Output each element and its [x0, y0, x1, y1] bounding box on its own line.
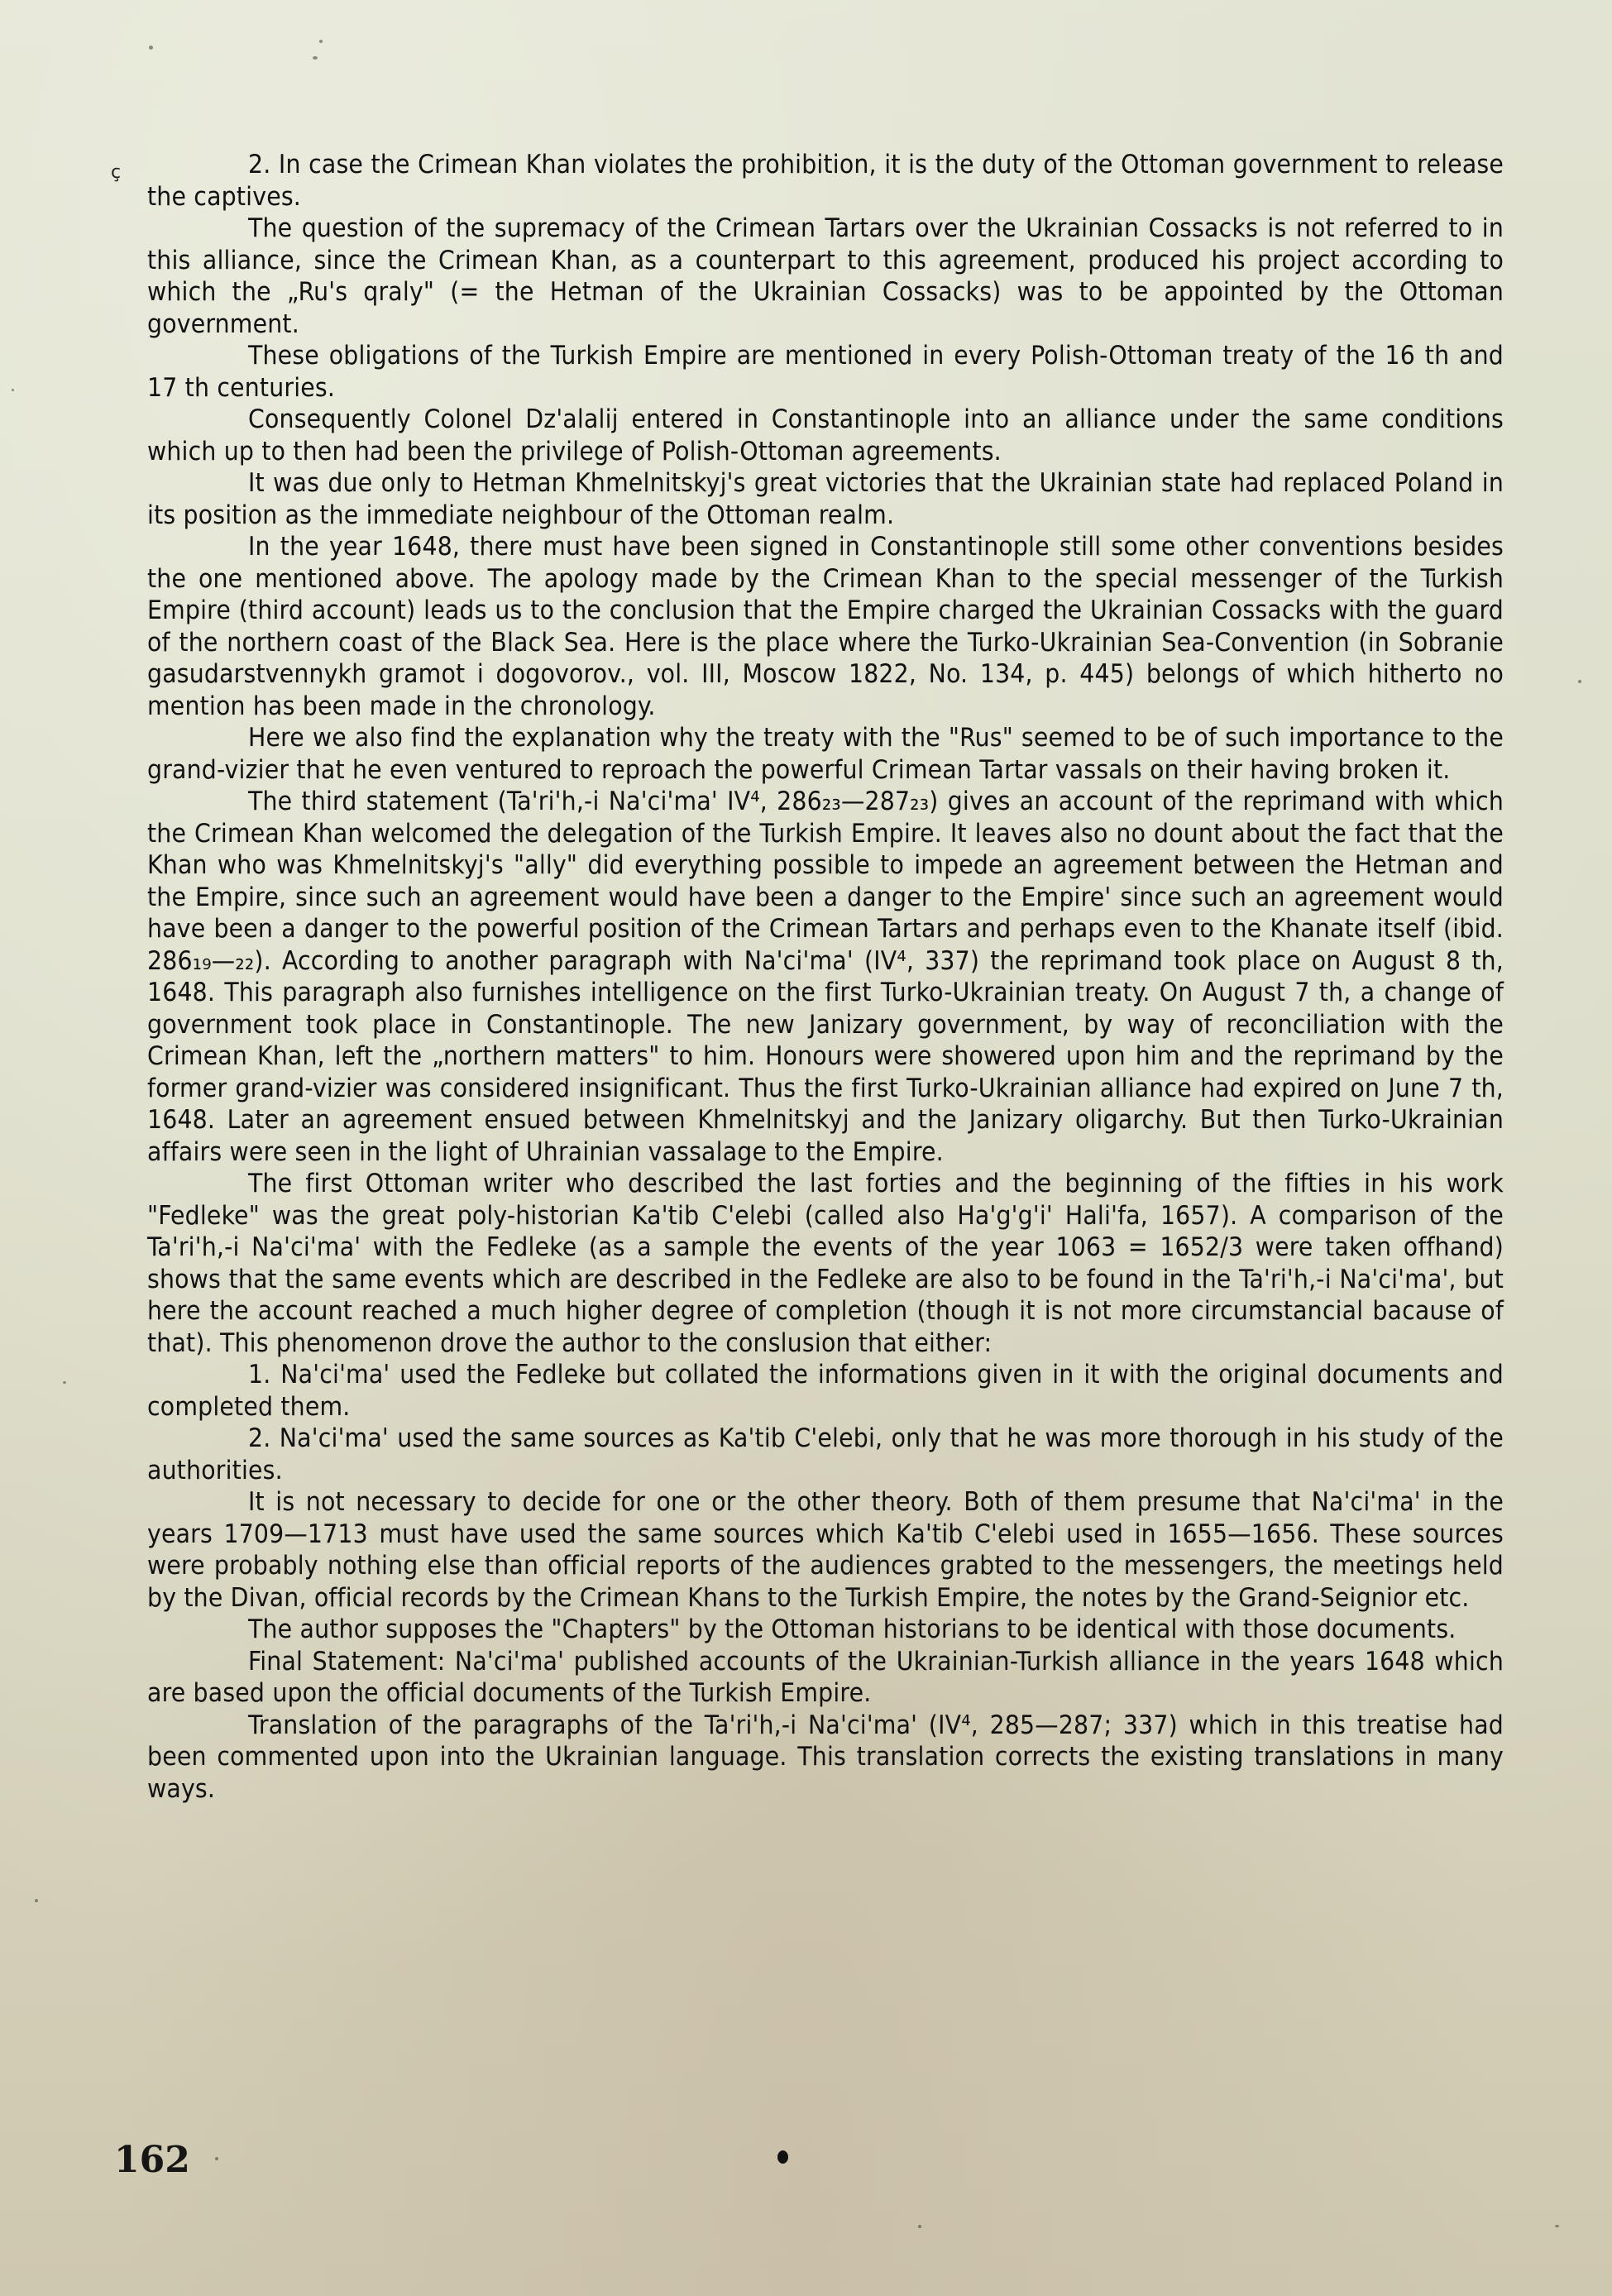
- paragraph-khmelnitskyj-victories: It was due only to Hetman Khmelnitskyj's…: [147, 467, 1504, 531]
- paper-speck: [1555, 2225, 1559, 2227]
- paper-speck: [12, 389, 14, 391]
- ink-dot: [777, 2150, 788, 2164]
- paper-speck: [35, 1899, 38, 1902]
- paragraph-supremacy-question: The question of the supremacy of the Cri…: [147, 213, 1504, 340]
- paragraph-chapters: The author supposes the "Chapters" by th…: [147, 1614, 1504, 1646]
- paragraph-third-statement: The third statement (Ta'ri'h,-i Na'ci'ma…: [147, 786, 1504, 1168]
- paragraph-translation: Translation of the paragraphs of the Ta'…: [147, 1710, 1504, 1806]
- paragraph-prohibition-clause: 2. In case the Crimean Khan violates the…: [147, 149, 1504, 213]
- paper-speck: [215, 2157, 218, 2160]
- paragraph-theory-one: 1. Na'ci'ma' used the Fedleke but collat…: [147, 1359, 1504, 1423]
- margin-mark: ç: [111, 162, 121, 183]
- paper-speck: [313, 56, 318, 60]
- paragraph-year-1648: In the year 1648, there must have been s…: [147, 531, 1504, 722]
- paper-speck: [918, 2225, 921, 2228]
- paragraph-final-statement: Final Statement: Na'ci'ma' published acc…: [147, 1646, 1504, 1710]
- document-body: 2. In case the Crimean Khan violates the…: [147, 149, 1504, 1805]
- paragraph-obligations: These obligations of the Turkish Empire …: [147, 340, 1504, 404]
- paragraph-colonel-dzalalij: Consequently Colonel Dz'alalij entered i…: [147, 404, 1504, 467]
- paper-speck: [319, 40, 323, 43]
- paper-speck: [63, 1381, 66, 1384]
- paragraph-sources: It is not necessary to decide for one or…: [147, 1486, 1504, 1614]
- paragraph-first-ottoman-writer: The first Ottoman writer who described t…: [147, 1168, 1504, 1359]
- paper-speck: [1578, 680, 1581, 683]
- paragraph-theory-two: 2. Na'ci'ma' used the same sources as Ka…: [147, 1423, 1504, 1486]
- paper-speck: [149, 45, 153, 50]
- page-number: 162: [114, 2139, 190, 2181]
- paragraph-rus-treaty: Here we also find the explanation why th…: [147, 722, 1504, 786]
